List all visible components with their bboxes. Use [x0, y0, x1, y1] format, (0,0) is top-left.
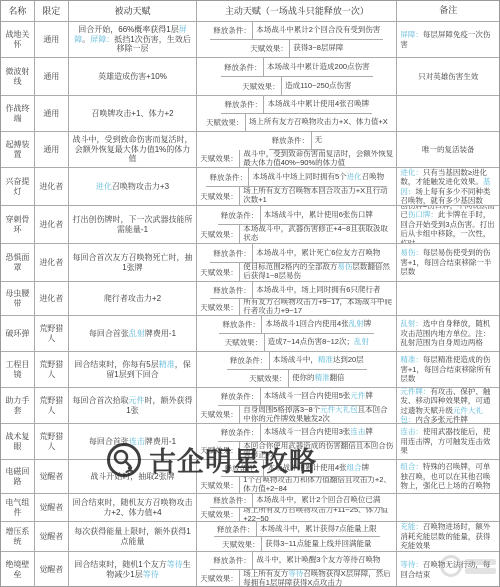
keyword-text: 组合： — [400, 462, 423, 471]
condition-value: 本场战斗中累计2个回合没有受到伤害 — [253, 22, 383, 39]
passive-cell: 战斗开始时，抽取2张牌 — [69, 460, 197, 494]
keyword-text: 连击 — [350, 427, 365, 436]
condition-value: 本场战斗1回合内使用4张乱射牌 — [262, 316, 374, 333]
condition-value: 本场战斗一回合内使用3张连击牌 — [261, 424, 376, 441]
table-row: 战术复眼荒野猎人每回合首张连击牌费用-1释放条件：本场战斗一回合内使用3张连击牌… — [1, 424, 499, 460]
condition-subrow: 释放条件：本场战斗中，精准达到20层 — [227, 352, 367, 370]
active-cell: 释放条件：战斗中，累计唤醒3个友方等待召唤物天赋效果：场上所有友方等待召唤物获得… — [197, 552, 397, 587]
condition-subrow: 释放条件：本场战斗中累计造成200点伤害 — [221, 58, 373, 77]
condition-subrow: 释放条件：本场战斗中场上同时拥有5个进化召唤物 — [206, 168, 387, 187]
keyword-text: 精准 — [159, 360, 175, 369]
effect-subrow: 天赋效果：战斗中，受到致命伤害而复活时，会额外恢复最大体力值40%~90%的体力… — [197, 150, 396, 167]
note-cell: 唯一的复活装备 — [397, 132, 499, 168]
effect-label: 天赋效果： — [197, 570, 240, 587]
condition-label: 释放条件： — [214, 522, 257, 536]
table-row: 母虫腰带进化者爬行者攻击力+2释放条件：本场战斗中，场上同时拥有6只爬行者天赋效… — [1, 282, 499, 316]
effect-label: 天赋效果： — [197, 299, 240, 315]
effect-label: 天赋效果： — [197, 263, 240, 281]
keyword-text: 屏障： — [90, 35, 114, 44]
keyword-text: 基因： — [400, 177, 490, 195]
limit-cell: 荒野猎人 — [35, 388, 69, 424]
condition-label: 释放条件： — [206, 168, 249, 186]
keyword-text: 等待： — [400, 560, 423, 569]
limit-cell: 进化者 — [35, 282, 69, 316]
effect-value: 1个召唤物攻击力和体力值翻倍且攻击力+2、体力值+2~84 — [240, 477, 396, 493]
condition-value: 本场战斗中，累计获得7点能量上限 — [257, 522, 380, 536]
effect-label: 天赋效果： — [197, 442, 240, 459]
condition-subrow: 释放条件：无 — [269, 132, 326, 150]
keyword-text: 精准： — [400, 355, 423, 364]
condition-subrow: 释放条件：本场战斗一回合内使用5张元件牌 — [218, 388, 376, 406]
table-row: 起搏装置通用战斗中，受到致命伤害而复活时，会额外恢复最大体力值1%的体力值释放条… — [1, 132, 499, 168]
talent-table: 名称 限定 被动天赋 主动天赋（一场战斗只能释放一次） 备注 战地关怀通用回合开… — [0, 0, 500, 587]
name-cell: 作战终端 — [1, 96, 35, 132]
keyword-text: 等待 — [167, 560, 183, 569]
condition-label: 释放条件： — [227, 352, 270, 369]
effect-value: 场上所有友方召唤物本回合攻击力+X且行动次数+1 — [240, 187, 396, 205]
condition-label: 释放条件： — [218, 206, 261, 224]
name-cell: 微波射线 — [1, 58, 35, 96]
effect-subrow: 天赋效果：本回合你使用武器造成的伤害翻倍且本回合伤害修正+X — [197, 442, 396, 459]
keyword-text: 进化 — [347, 172, 362, 181]
condition-subrow: 释放条件：本场战斗1回合内使用4张乱射牌 — [219, 316, 374, 334]
condition-label: 释放条件： — [210, 282, 253, 298]
condition-value: 战斗中，累计唤醒3个友方等待召唤物 — [253, 552, 383, 569]
condition-subrow: 释放条件：本场战斗中累计使用4张组合牌 — [221, 460, 372, 477]
passive-cell: 进化召唤物攻击力+3 — [69, 168, 197, 206]
limit-cell: 进化者 — [35, 206, 69, 244]
note-cell: 屏障：每层屏障免疫一次伤害 — [397, 22, 499, 58]
effect-subrow: 天赋效果：自身周围5格掉落3~8个元件大礼包且本回合中你的元件牌效果触发2次 — [197, 406, 396, 423]
limit-cell: 进化者 — [35, 168, 69, 206]
corner-watermark — [440, 551, 496, 581]
condition-subrow: 释放条件：本场战斗一回合内使用3张连击牌 — [218, 424, 376, 442]
effect-label: 天赋效果： — [197, 508, 240, 521]
corner-watermark-logo — [440, 555, 462, 577]
note-cell: 元件牌：有攻击、保护、触发、移动四种效果牌，可通过遗物天赋升级元件大礼包：内含多… — [397, 388, 499, 424]
name-cell: 母虫腰带 — [1, 282, 35, 316]
name-cell: 破环弹 — [1, 316, 35, 352]
effect-subrow: 天赋效果：使目标范围2格内的全部敌方易伤层数翻倍然后获得1~8层易伤 — [197, 263, 396, 281]
keyword-text: 乱射 — [349, 319, 364, 328]
keyword-text: 乱射 — [354, 337, 369, 346]
effect-value: 自身周围5格掉落3~8个元件大礼包且本回合中你的元件牌效果触发2次 — [240, 406, 396, 423]
condition-value: 本场战斗中累计使用4张召唤牌 — [264, 96, 372, 113]
effect-label: 天赋效果： — [197, 406, 240, 423]
limit-cell: 觉醒者 — [35, 494, 69, 522]
name-cell: 穿刺骨环 — [1, 206, 35, 244]
keyword-text: 精准 — [318, 355, 333, 364]
condition-subrow: 释放条件：本场战斗中，累计死亡6位友方召唤物 — [210, 244, 383, 263]
condition-label: 释放条件： — [210, 552, 253, 569]
keyword-text: 连击 — [129, 437, 145, 446]
effect-value: 本场战斗中，武器伤害修正+4~8且获取汲取状态 — [240, 225, 396, 243]
table-row: 穿刺骨环进化者打出创伤牌时，下一次武器技能所需能量-1释放条件：本场战斗中，累计… — [1, 206, 499, 244]
passive-cell: 每次获得能量上限时，额外获得1点能量 — [69, 522, 197, 552]
effect-value: 使目标范围2格内的全部敌方易伤层数翻倍然后获得1~8层易伤 — [240, 263, 396, 281]
effect-subrow: 天赋效果：场上所有友方召唤物本回合攻击力+X且行动次数+1 — [197, 187, 396, 205]
active-cell: 释放条件：本场战斗中，累计死亡6位友方召唤物天赋效果：使目标范围2格内的全部敌方… — [197, 244, 397, 282]
effect-subrow: 天赋效果：使你的精准翻倍 — [246, 370, 348, 387]
passive-cell: 回合结束时，随机友方召唤物攻击力+2、体力值+4 — [69, 494, 197, 522]
condition-value: 本场战斗中，场上同时拥有6只爬行者 — [253, 282, 383, 298]
effect-subrow: 天赋效果：场上所有友方召唤物攻击力+X、体力值+X — [203, 114, 391, 131]
passive-cell: 战斗中，受到致命伤害而复活时，会额外恢复最大体力值1%的体力值 — [69, 132, 197, 168]
effect-subrow: 天赋效果：场上所有友方等待召唤物获得X层屏障，然后每拥有1层屏障获得X点攻击力 — [197, 570, 396, 587]
table-row: 作战终端通用召唤牌攻击+1、体力+2释放条件：本场战斗中累计使用4张召唤牌天赋效… — [1, 96, 499, 132]
effect-value: 造成7~14点伤害8~12次；乱射 — [265, 334, 372, 351]
header-passive: 被动天赋 — [69, 1, 197, 22]
keyword-text: 充能： — [400, 522, 423, 531]
name-cell: 工程目镜 — [1, 352, 35, 388]
active-cell: 释放条件：本场战斗中累计使用4张召唤牌天赋效果：场上所有友方召唤物攻击力+X、体… — [197, 96, 397, 132]
keyword-text: 进化 — [96, 182, 112, 191]
passive-cell: 每回合首张乱射牌费用-1 — [69, 316, 197, 352]
active-cell: 释放条件：本场战斗中，精准达到20层天赋效果：使你的精准翻倍 — [197, 352, 397, 388]
header-active: 主动天赋（一场战斗只能释放一次） — [197, 1, 397, 22]
effect-subrow: 天赋效果：1个召唤物攻击力和体力值翻倍且攻击力+2、体力值+2~84 — [197, 477, 396, 493]
passive-cell: 回合结束时，随机1个友方等待生物减少1层等待 — [69, 552, 197, 587]
condition-value: 本场战斗中场上同时拥有5个进化召唤物 — [249, 168, 387, 186]
note-cell — [397, 96, 499, 132]
keyword-text: 连击： — [400, 427, 423, 436]
note-cell: 易伤：每层易伤使受到的伤害+1，每回合结束移除一半层数 — [397, 244, 499, 282]
note-cell — [397, 282, 499, 316]
limit-cell: 通用 — [35, 96, 69, 132]
effect-label: 天赋效果： — [197, 150, 240, 167]
effect-value: 场上所有友方召唤物攻击力+11~25、体力值+22~50 — [240, 508, 396, 521]
effect-subrow: 天赋效果：场上所有友方召唤物攻击力+11~25、体力值+22~50 — [197, 508, 396, 521]
effect-value: 获得3~11点能量上线并回满能量 — [262, 537, 374, 551]
passive-cell: 回合结束时，你每有5层精准，保留1层到下回合 — [69, 352, 197, 388]
effect-value: 场上所有友方召唤物攻击力+X、体力值+X — [246, 114, 391, 131]
effect-value: 造成110~250点伤害 — [282, 77, 354, 95]
effect-subrow: 天赋效果：造成110~250点伤害 — [239, 77, 354, 95]
keyword-text: 元件大礼包 — [320, 406, 358, 414]
name-cell: 兴奋提灯 — [1, 168, 35, 206]
condition-label: 释放条件： — [221, 58, 264, 76]
limit-cell: 荒野猎人 — [35, 352, 69, 388]
note-cell: 只对英雄伤害生效 — [397, 58, 499, 96]
note-cell: 充能：召唤物进场时，额外消耗充能层数的能量，获得充能效果 — [397, 522, 499, 552]
table-row: 微波射线通用英雄造成伤害+10%释放条件：本场战斗中累计造成200点伤害天赋效果… — [1, 58, 499, 96]
condition-subrow: 释放条件：本场战斗中，累计获得7点能量上限 — [214, 522, 380, 537]
talent-table-page: 名称 限定 被动天赋 主动天赋（一场战斗只能释放一次） 备注 战地关怀通用回合开… — [0, 0, 500, 587]
active-cell: 释放条件：无天赋效果：战斗中，受到致命伤害而复活时，会额外恢复最大体力值40%~… — [197, 132, 397, 168]
effect-subrow: 天赋效果：本场战斗中，武器伤害修正+4~8且获取汲取状态 — [197, 225, 396, 243]
keyword-text: 等待 — [288, 570, 303, 578]
name-cell: 电气组件 — [1, 494, 35, 522]
effect-value: 所有友方召唤物攻击力+9~17，本场战斗中爬行者攻击力+9~17 — [240, 299, 396, 315]
condition-label: 释放条件： — [210, 22, 253, 39]
table-row: 兴奋提灯进化者进化召唤物攻击力+3释放条件：本场战斗中场上同时拥有5个进化召唤物… — [1, 168, 499, 206]
active-cell: 释放条件：本场战斗中累计使用4张组合牌天赋效果：1个召唤物攻击力和体力值翻倍且攻… — [197, 460, 397, 494]
passive-cell: 召唤牌攻击+1、体力+2 — [69, 96, 197, 132]
effect-subrow: 天赋效果：获得3~11点能量上线并回满能量 — [219, 537, 374, 551]
effect-value: 场上所有友方等待召唤物获得X层屏障，然后每拥有1层屏障获得X点攻击力 — [240, 570, 396, 587]
limit-cell: 觉醒者 — [35, 552, 69, 587]
active-cell: 释放条件：本场战斗一回合内使用5张元件牌天赋效果：自身周围5格掉落3~8个元件大… — [197, 388, 397, 424]
condition-label: 释放条件： — [210, 244, 253, 262]
condition-subrow: 释放条件：本场战斗中，累计使用6张伤口牌 — [218, 206, 376, 225]
limit-cell: 荒野猎人 — [35, 424, 69, 460]
header-note: 备注 — [397, 1, 499, 22]
name-cell: 绝境壁垒 — [1, 552, 35, 587]
note-cell: 连击：使用武器技能后，使用连击牌，方可触发连击效果 — [397, 424, 499, 460]
condition-value: 本场战斗中，累计死亡6位友方召唤物 — [253, 244, 383, 262]
keyword-text: 乱射： — [400, 319, 423, 328]
active-cell: 释放条件：本场战斗1回合内使用4张乱射牌天赋效果：造成7~14点伤害8~12次；… — [197, 316, 397, 352]
limit-cell: 通用 — [35, 58, 69, 96]
name-cell: 助力手套 — [1, 388, 35, 424]
condition-label: 释放条件： — [269, 132, 312, 149]
limit-cell: 荒野猎人 — [35, 316, 69, 352]
table-row: 恐惧面罩进化者每回合首次友方召唤物死亡时，抽1张牌释放条件：本场战斗中，累计死亡… — [1, 244, 499, 282]
condition-subrow: 释放条件：战斗中，累计唤醒3个友方等待召唤物 — [210, 552, 383, 570]
condition-subrow: 释放条件：本场战斗中，累计2个回合召唤位已满 — [210, 494, 383, 508]
effect-value: 本回合你使用武器造成的伤害翻倍且本回合伤害修正+X — [240, 442, 396, 459]
active-cell: 释放条件：本场战斗中场上同时拥有5个进化召唤物天赋效果：场上所有友方召唤物本回合… — [197, 168, 397, 206]
limit-cell: 通用 — [35, 132, 69, 168]
condition-value: 本场战斗中累计造成200点伤害 — [264, 58, 373, 76]
effect-label: 天赋效果： — [219, 537, 262, 551]
passive-cell: 每回合首次拾取元件时，额外获得1张 — [69, 388, 197, 424]
keyword-text: 组合 — [347, 463, 362, 472]
condition-value: 本场战斗中，累计2个回合召唤位已满 — [253, 494, 383, 507]
table-row: 电气组件觉醒者回合结束时，随机友方召唤物攻击力+2、体力值+4释放条件：本场战斗… — [1, 494, 499, 522]
keyword-text: 元件 — [350, 391, 365, 400]
keyword-text: 元件 — [128, 396, 144, 405]
condition-label: 释放条件： — [221, 96, 264, 113]
keyword-text: 伤口牌： — [408, 210, 438, 219]
name-cell: 增压系统 — [1, 522, 35, 552]
passive-cell: 回合开始，66%概率获得1层屏障。屏障：抵挡1次伤害，生效后移除一层 — [69, 22, 197, 58]
condition-subrow: 释放条件：本场战斗中，场上同时拥有6只爬行者 — [210, 282, 383, 299]
active-cell: 释放条件：本场战斗一回合内使用3张连击牌天赋效果：本回合你使用武器造成的伤害翻倍… — [197, 424, 397, 460]
condition-value: 无 — [312, 132, 326, 149]
name-cell: 战术复眼 — [1, 424, 35, 460]
effect-subrow: 天赋效果：所有友方召唤物攻击力+9~17，本场战斗中爬行者攻击力+9~17 — [197, 299, 396, 315]
table-row: 电磁回路觉醒者战斗开始时，抽取2张牌释放条件：本场战斗中累计使用4张组合牌天赋效… — [1, 460, 499, 494]
condition-value: 本场战斗一回合内使用5张元件牌 — [261, 388, 376, 405]
effect-subrow: 天赋效果：造成7~14点伤害8~12次；乱射 — [222, 334, 372, 351]
keyword-text: 乱射 — [129, 329, 145, 338]
keyword-text: 易伤： — [400, 248, 423, 257]
effect-value: 战斗中，受到致命伤害而复活时，会额外恢复最大体力值40%~90%的体力值 — [240, 150, 396, 167]
name-cell: 战地关怀 — [1, 22, 35, 58]
header-name: 名称 — [1, 1, 35, 22]
condition-value: 本场战斗中，累计使用6张伤口牌 — [261, 206, 376, 224]
note-cell: 精准：每层精准使造成的伤害+1，每回合结束移除所有层数 — [397, 352, 499, 388]
passive-cell: 英雄造成伤害+10% — [69, 58, 197, 96]
effect-label: 天赋效果： — [247, 40, 290, 57]
active-cell: 释放条件：本场战斗中，累计2个回合召唤位已满天赋效果：场上所有友方召唤物攻击力+… — [197, 494, 397, 522]
table-row: 助力手套荒野猎人每回合首次拾取元件时，额外获得1张释放条件：本场战斗一回合内使用… — [1, 388, 499, 424]
effect-value: 获得3~8层屏障 — [290, 40, 346, 57]
keyword-text: 屏障： — [400, 30, 423, 39]
condition-subrow: 释放条件：本场战斗中累计使用4张召唤牌 — [221, 96, 372, 114]
passive-cell: 爬行者攻击力+2 — [69, 282, 197, 316]
keyword-text: 易伤 — [337, 263, 352, 271]
note-cell: 组合：特殊的召唤牌，可单独召唤，也可以在其他召唤物上，强化已上场的召唤物 — [397, 460, 499, 494]
condition-label: 释放条件： — [218, 388, 261, 405]
table-header-row: 名称 限定 被动天赋 主动天赋（一场战斗只能释放一次） 备注 — [1, 1, 499, 22]
table-row: 工程目镜荒野猎人回合结束时，你每有5层精准，保留1层到下回合释放条件：本场战斗中… — [1, 352, 499, 388]
condition-label: 释放条件： — [219, 316, 262, 333]
table-body: 战地关怀通用回合开始，66%概率获得1层屏障。屏障：抵挡1次伤害，生效后移除一层… — [1, 22, 499, 587]
limit-cell: 觉醒者 — [35, 522, 69, 552]
active-cell: 释放条件：本场战斗中，累计使用6张伤口牌天赋效果：本场战斗中，武器伤害修正+4~… — [197, 206, 397, 244]
effect-label: 天赋效果： — [222, 334, 265, 351]
effect-label: 天赋效果： — [203, 114, 246, 131]
passive-cell: 打出创伤牌时，下一次武器技能所需能量-1 — [69, 206, 197, 244]
keyword-text: 元件牌： — [400, 388, 430, 396]
note-cell: 创伤牌=伤口牌，不同说法而已伤口牌：此卡牌在手时，回合开始受到3点伤害。打出后从… — [397, 206, 499, 244]
name-cell: 起搏装置 — [1, 132, 35, 168]
table-row: 绝境壁垒觉醒者回合结束时，随机1个友方等待生物减少1层等待释放条件：战斗中，累计… — [1, 552, 499, 587]
keyword-text: 等待 — [143, 570, 159, 579]
condition-label: 释放条件： — [210, 494, 253, 507]
effect-label: 天赋效果： — [246, 370, 289, 387]
limit-cell: 通用 — [35, 22, 69, 58]
name-cell: 恐惧面罩 — [1, 244, 35, 282]
passive-cell: 每回合首次友方召唤物死亡时，抽1张牌 — [69, 244, 197, 282]
name-cell: 电磁回路 — [1, 460, 35, 494]
effect-subrow: 天赋效果：获得3~8层屏障 — [247, 40, 346, 57]
table-row: 增压系统觉醒者每次获得能量上限时，额外获得1点能量释放条件：本场战斗中，累计获得… — [1, 522, 499, 552]
note-cell: 进化：只有当基因数≥进化数，才能触发进化效果。基因：场上每有多少不同种类召唤物，… — [397, 168, 499, 206]
effect-label: 天赋效果： — [239, 77, 282, 95]
limit-cell: 进化者 — [35, 244, 69, 282]
limit-cell: 觉醒者 — [35, 460, 69, 494]
keyword-text: 精准 — [315, 373, 330, 382]
keyword-text: 进化： — [400, 168, 423, 177]
effect-label: 天赋效果： — [197, 225, 240, 243]
condition-label: 释放条件： — [218, 424, 261, 441]
condition-label: 释放条件： — [221, 460, 264, 476]
effect-label: 天赋效果： — [197, 477, 240, 493]
effect-value: 使你的精准翻倍 — [289, 370, 348, 387]
corner-watermark-text — [465, 559, 496, 574]
condition-value: 本场战斗中累计使用4张组合牌 — [264, 460, 372, 476]
condition-subrow: 释放条件：本场战斗中累计2个回合没有受到伤害 — [210, 22, 383, 40]
active-cell: 释放条件：本场战斗中累计2个回合没有受到伤害天赋效果：获得3~8层屏障 — [197, 22, 397, 58]
keyword-text: 元件大礼包： — [400, 406, 483, 424]
header-limit: 限定 — [35, 1, 69, 22]
note-cell: 乱射：选中自身释放，随机攻击范围内地方单位。注：乱射范围为自身周边两格 — [397, 316, 499, 352]
effect-label: 天赋效果： — [197, 187, 240, 205]
note-cell — [397, 494, 499, 522]
active-cell: 释放条件：本场战斗中，场上同时拥有6只爬行者天赋效果：所有友方召唤物攻击力+9~… — [197, 282, 397, 316]
active-cell: 释放条件：本场战斗中，累计获得7点能量上限天赋效果：获得3~11点能量上线并回满… — [197, 522, 397, 552]
passive-cell: 每回合首张连击牌费用-1 — [69, 424, 197, 460]
active-cell: 释放条件：本场战斗中累计造成200点伤害天赋效果：造成110~250点伤害 — [197, 58, 397, 96]
table-row: 破环弹荒野猎人每回合首张乱射牌费用-1释放条件：本场战斗1回合内使用4张乱射牌天… — [1, 316, 499, 352]
table-row: 战地关怀通用回合开始，66%概率获得1层屏障。屏障：抵挡1次伤害，生效后移除一层… — [1, 22, 499, 58]
condition-value: 本场战斗中，精准达到20层 — [270, 352, 367, 369]
